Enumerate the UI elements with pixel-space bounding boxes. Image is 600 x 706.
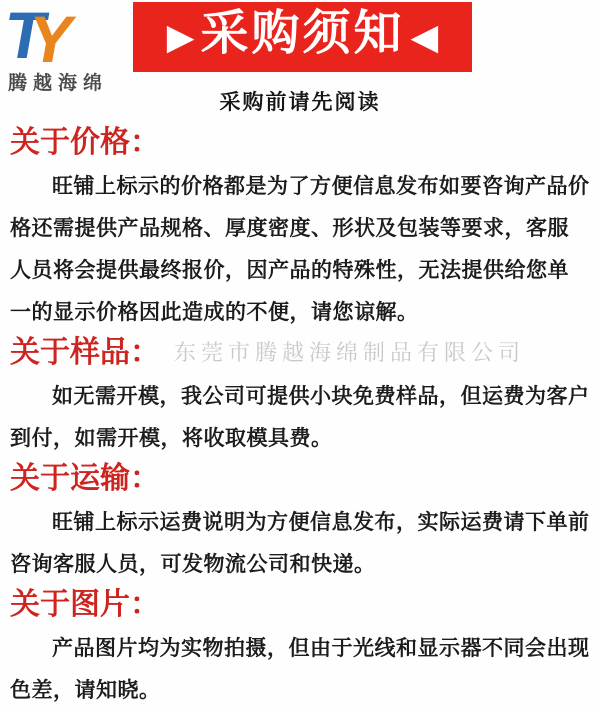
section-body-pictures: 产品图片均为实物拍摄，但由于光线和显示器不同会出现色差，请知晓。 <box>10 628 590 706</box>
banner-title: 采购须知 <box>198 10 406 64</box>
section-heading-price: 关于价格： <box>10 124 590 162</box>
read-before-purchase-subtitle: 采购前请先阅读 <box>0 86 600 116</box>
left-triangle-icon: ◀ <box>407 19 443 55</box>
section-heading-samples: 关于样品：东莞市腾越海绵制品有限公司 <box>10 334 590 372</box>
section-heading-shipping: 关于运输： <box>10 460 590 498</box>
heading-shipping-label: 关于运输： <box>10 462 160 495</box>
section-heading-pictures: 关于图片： <box>10 586 590 624</box>
heading-price-label: 关于价格： <box>10 126 160 159</box>
header: T Y 腾越海绵 ▶ 采购须知 ◀ 采购前请先阅读 <box>0 0 600 116</box>
company-watermark: 东莞市腾越海绵制品有限公司 <box>174 340 525 365</box>
section-body-price: 旺铺上标示的价格都是为了方便信息发布如要咨询产品价格还需提供产品规格、厚度密度、… <box>10 166 590 334</box>
ty-monogram-icon: T Y <box>0 2 136 66</box>
purchase-notice-banner: ▶ 采购须知 ◀ <box>133 2 472 72</box>
notice-content: 关于价格： 旺铺上标示的价格都是为了方便信息发布如要咨询产品价格还需提供产品规格… <box>0 124 600 706</box>
heading-samples-label: 关于样品： <box>10 336 160 369</box>
section-body-shipping: 旺铺上标示运费说明为方便信息发布，实际运费请下单前咨询客服人员，可发物流公司和快… <box>10 502 590 586</box>
right-triangle-icon: ▶ <box>163 19 199 55</box>
section-body-samples: 如无需开模，我公司可提供小块免费样品，但运费为客户到付，如需开模，将收取模具费。 <box>10 376 590 460</box>
heading-pictures-label: 关于图片： <box>10 588 160 621</box>
company-logo: T Y 腾越海绵 <box>2 2 130 95</box>
purchase-notice-page: T Y 腾越海绵 ▶ 采购须知 ◀ 采购前请先阅读 关于价格： 旺铺上标示的价格… <box>0 0 600 706</box>
